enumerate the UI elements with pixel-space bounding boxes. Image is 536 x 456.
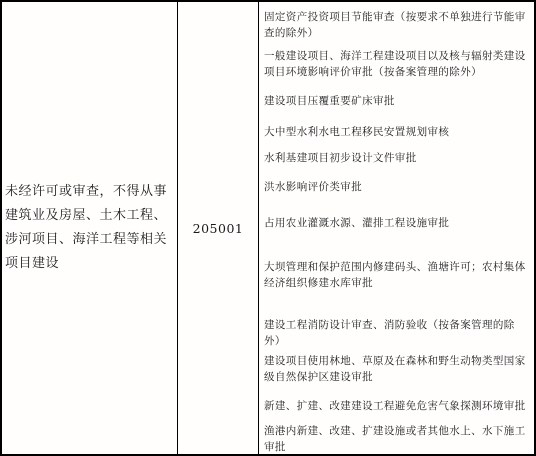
approval-item: 固定资产投资项目节能审查（按要求不单独进行节能审查的除外） xyxy=(264,9,529,41)
approval-item: 新建、扩建、改建建设工程避免危害气象探测环境审批 xyxy=(264,398,529,414)
approval-item: 建设项目压覆重要矿床审批 xyxy=(264,93,529,109)
approval-item: 建设工程消防设计审查、消防验收（按备案管理的除外） xyxy=(264,317,529,349)
approval-item: 占用农业灌溉水源、灌排工程设施审批 xyxy=(264,215,529,231)
approval-item: 渔港内新建、改建、扩建设施或者其他水上、水下施工审批 xyxy=(264,423,529,454)
restriction-description-cell: 未经许可或审查，不得从事建筑业及房屋、土木工程、涉河项目、海洋工程等相关项目建设 xyxy=(2,2,178,454)
code-value: 205001 xyxy=(193,221,244,236)
approval-item: 一般建设项目、海洋工程建设项目以及核与辐射类建设项目环境影响评价审批（按备案管理… xyxy=(264,48,529,80)
restriction-description-text: 未经许可或审查，不得从事建筑业及房屋、土木工程、涉河项目、海洋工程等相关项目建设 xyxy=(5,180,174,276)
approval-items-cell: 固定资产投资项目节能审查（按要求不单独进行节能审查的除外） 一般建设项目、海洋工… xyxy=(259,2,534,454)
code-cell: 205001 xyxy=(178,2,259,454)
approval-item: 大中型水利水电工程移民安置规划审核 xyxy=(264,124,529,140)
approval-item: 大坝管理和保护范围内修建码头、渔塘许可；农村集体经济组织修建水库审批 xyxy=(264,259,529,291)
approval-item: 洪水影响评价类审批 xyxy=(264,179,529,195)
approval-item: 建设项目使用林地、草原及在森林和野生动物类型国家级自然保护区建设审批 xyxy=(264,353,529,385)
approval-item: 水利基建项目初步设计文件审批 xyxy=(264,150,529,166)
approval-table: 未经许可或审查，不得从事建筑业及房屋、土木工程、涉河项目、海洋工程等相关项目建设… xyxy=(0,0,536,456)
